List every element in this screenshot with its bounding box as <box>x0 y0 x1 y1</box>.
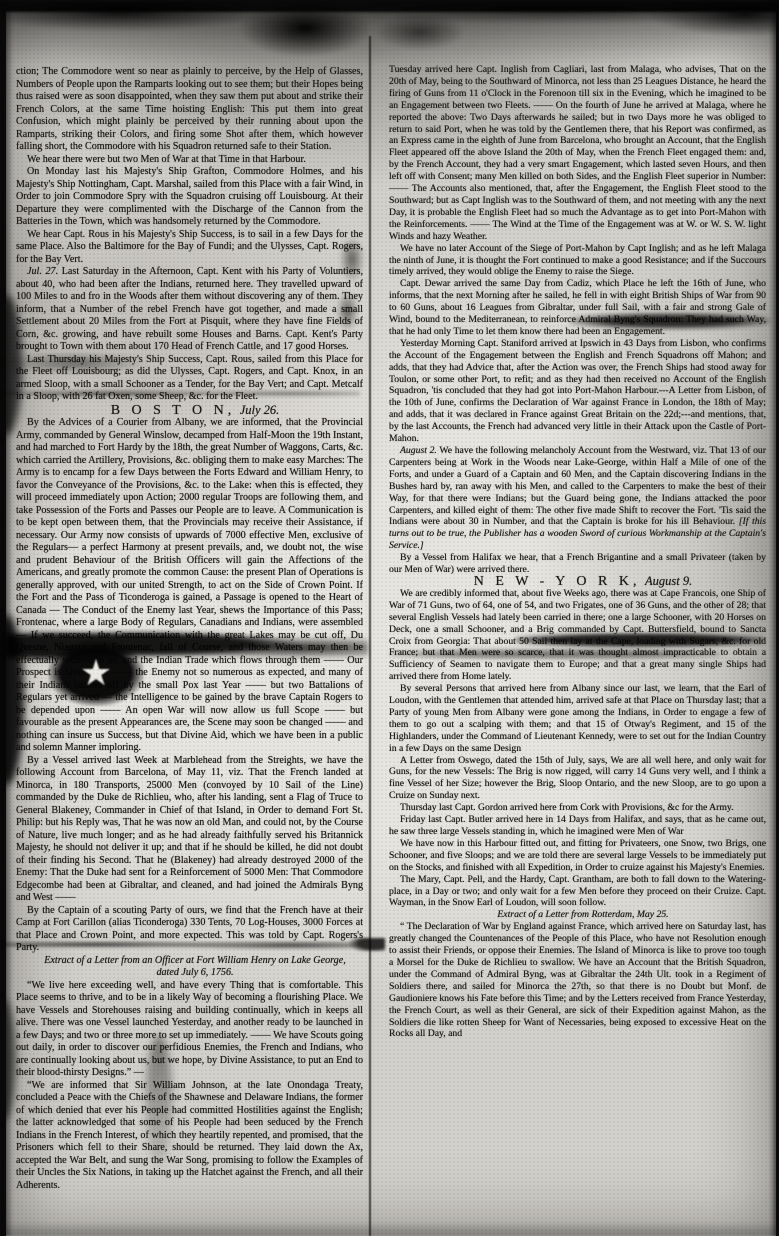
article-paragraph-butler: Friday last Capt. Butler arrived here in… <box>389 814 766 838</box>
extract-heading-rotterdam: Extract of a Letter from Rotterdam, May … <box>389 909 766 921</box>
right-column: Tuesday arrived here Capt. Inglish from … <box>389 64 766 1040</box>
dateline-jul27: Jul. 27. <box>27 266 58 277</box>
newspaper-page: ction; The Commodore went so near as pla… <box>0 0 779 1236</box>
article-paragraph-commodore: ction; The Commodore went so near as pla… <box>16 66 363 154</box>
newyork-city-label: N E W - Y O R K, <box>474 574 641 589</box>
boston-dateline: B O S T O N, July 26. <box>16 404 363 418</box>
article-paragraph-declaration-of-war: “ The Declaration of War by England agai… <box>389 921 766 1040</box>
article-paragraph-winslow-army: By the Advices of a Courier from Albany,… <box>16 417 363 755</box>
dateline-august2: August 2. <box>400 445 437 456</box>
article-paragraph-privateers: We have now in this Harbour fitted out, … <box>389 838 766 874</box>
article-paragraph-we-live-here: “We live here exceeding well, and have e… <box>16 980 363 1080</box>
boston-date-label: July 26. <box>240 403 280 417</box>
article-paragraph-gordon: Thursday last Capt. Gordon arrived here … <box>389 802 766 814</box>
newyork-dateline: N E W - Y O R K, August 9. <box>389 576 766 588</box>
article-paragraph-inglish: Tuesday arrived here Capt. Inglish from … <box>389 64 766 243</box>
article-paragraph-marblehead: By a Vessel arrived last Week at Marbleh… <box>16 755 363 905</box>
article-paragraph-rous: We hear Capt. Rous in his Majesty's Ship… <box>16 229 363 267</box>
article-paragraph-cape-francois: We are credibly informed that, about fiv… <box>389 588 766 683</box>
left-column: ction; The Commodore went so near as pla… <box>16 66 363 1192</box>
extract-heading-fort-william-henry: Extract of a Letter from an Officer at F… <box>16 955 363 968</box>
newyork-date-label: August 9. <box>645 574 692 588</box>
boston-city-label: B O S T O N, <box>111 403 236 418</box>
article-paragraph-grafton: On Monday last his Majesty's Ship Grafto… <box>16 166 363 229</box>
article-paragraph-siege-port-mahon: We have no later Account of the Siege of… <box>389 243 766 279</box>
article-paragraph-scouting-party: By the Captain of a scouting Party of ou… <box>16 905 363 955</box>
article-paragraph-oswego-letter: A Letter from Oswego, dated the 15th of … <box>389 755 766 803</box>
article-paragraph-halifax-vessel: By a Vessel from Halifax we hear, that a… <box>389 552 766 576</box>
article-paragraph-onondaga-treaty: “We are informed that Sir William Johnso… <box>16 1080 363 1193</box>
article-paragraph-success: Last Thursday his Majesty's Ship Success… <box>16 354 363 404</box>
article-paragraph-earl-of-loudon: By several Persons that arrived here fro… <box>389 683 766 754</box>
article-paragraph-jul27: Jul. 27. Last Saturday in the Afternoon,… <box>16 266 363 354</box>
article-paragraph-staniford: Yesterday Morning Capt. Staniford arrive… <box>389 338 766 445</box>
extract-heading-date: dated July 6, 1756. <box>16 967 363 980</box>
article-paragraph-two-men-of-war: We hear there were but two Men of War at… <box>16 154 363 167</box>
article-paragraph-august2: August 2. We have the following melancho… <box>389 445 766 552</box>
article-paragraph-mary-hardy: The Mary, Capt. Pell, and the Hardy, Cap… <box>389 874 766 910</box>
article-paragraph-dewar: Capt. Dewar arrived the same Day from Ca… <box>389 278 766 338</box>
